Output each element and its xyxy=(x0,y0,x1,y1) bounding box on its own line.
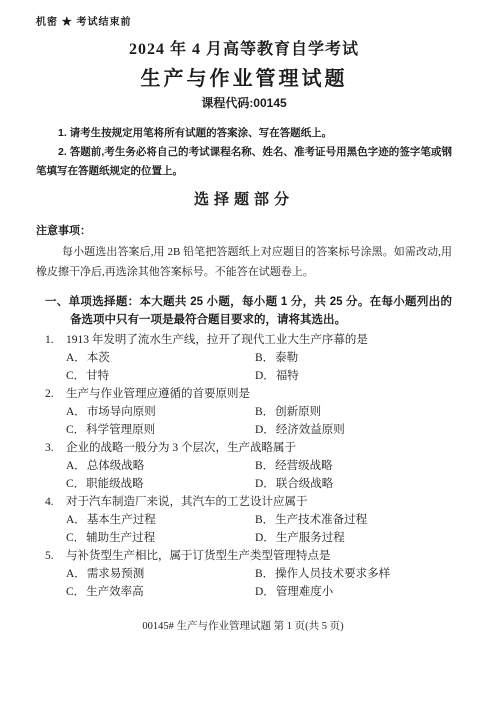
question-number: 5. xyxy=(45,547,66,565)
course-code: 课程代码:00145 xyxy=(36,96,452,111)
option-d: D．福特 xyxy=(255,367,452,385)
option-a: A．总体级战略 xyxy=(66,457,255,475)
option-label: D． xyxy=(255,478,275,490)
question-3-options: A．总体级战略 B．经营级战略 C．职能级战略 D．联合级战略 xyxy=(66,457,452,493)
exam-session-title: 2024 年 4 月高等教育自学考试 xyxy=(36,40,452,60)
option-text: 基本生产过程 xyxy=(87,514,156,526)
option-label: A． xyxy=(66,568,86,580)
option-text: 管理难度小 xyxy=(276,586,334,598)
question-text: 1913 年发明了流水生产线，拉开了现代工业大生产序幕的是 xyxy=(66,331,452,349)
question-4-options: A．基本生产过程 B．生产技术准备过程 C．辅助生产过程 D．生产服务过程 xyxy=(66,511,452,547)
option-b: B．创新原则 xyxy=(255,403,452,421)
option-b: B．生产技术准备过程 xyxy=(255,511,452,529)
option-label: C． xyxy=(66,586,85,598)
instruction-item-1: 1. 请考生按规定用笔将所有试题的答案涂、写在答题纸上。 xyxy=(36,124,452,143)
notes-heading: 注意事项： xyxy=(36,224,452,238)
option-text: 甘特 xyxy=(86,370,109,382)
option-label: C． xyxy=(66,478,85,490)
part-one-heading: 一、单项选择题：本大题共 25 小题，每小题 1 分，共 25 分。在每小题列出… xyxy=(36,293,452,329)
question-2: 2.生产与作业管理应遵循的首要原则是 A．市场导向原则 B．创新原则 C．科学管… xyxy=(36,385,452,439)
option-text: 经济效益原则 xyxy=(276,424,345,436)
option-text: 科学管理原则 xyxy=(86,424,155,436)
option-label: B． xyxy=(255,460,274,472)
option-c: C．辅助生产过程 xyxy=(66,529,255,547)
question-3-stem: 3.企业的战略一般分为 3 个层次，生产战略属于 xyxy=(45,439,452,457)
option-a: A．需求易预测 xyxy=(66,565,255,583)
option-text: 总体级战略 xyxy=(87,460,145,472)
option-text: 福特 xyxy=(276,370,299,382)
option-label: B． xyxy=(255,352,274,364)
option-text: 辅助生产过程 xyxy=(86,532,155,544)
option-label: B． xyxy=(255,514,274,526)
section-heading: 选择题部分 xyxy=(36,190,452,209)
option-b: B．经营级战略 xyxy=(255,457,452,475)
question-4: 4.对于汽车制造厂来说，其汽车的工艺设计应属于 A．基本生产过程 B．生产技术准… xyxy=(36,493,452,547)
instruction-item-2: 2. 答题前,考生务必将自己的考试课程名称、姓名、准考证号用黑色字迹的签字笔或钢… xyxy=(36,143,452,181)
question-4-stem: 4.对于汽车制造厂来说，其汽车的工艺设计应属于 xyxy=(45,493,452,511)
option-label: A． xyxy=(66,352,86,364)
question-number: 4. xyxy=(45,493,66,511)
option-text: 生产效率高 xyxy=(86,586,144,598)
option-text: 职能级战略 xyxy=(86,478,144,490)
question-number: 3. xyxy=(45,439,66,457)
option-label: D． xyxy=(255,370,275,382)
question-5: 5.与补货型生产相比，属于订货型生产类型管理特点是 A．需求易预测 B．操作人员… xyxy=(36,547,452,601)
option-label: B． xyxy=(255,406,274,418)
classification-banner: 机密 ★ 考试结束前 xyxy=(36,16,452,29)
paper-title: 生产与作业管理试题 xyxy=(36,67,452,91)
option-a: A．市场导向原则 xyxy=(66,403,255,421)
option-a: A．基本生产过程 xyxy=(66,511,255,529)
option-label: C． xyxy=(66,370,85,382)
option-a: A．本茨 xyxy=(66,349,255,367)
question-2-stem: 2.生产与作业管理应遵循的首要原则是 xyxy=(45,385,452,403)
option-label: D． xyxy=(255,586,275,598)
option-b: B．泰勒 xyxy=(255,349,452,367)
question-3: 3.企业的战略一般分为 3 个层次，生产战略属于 A．总体级战略 B．经营级战略… xyxy=(36,439,452,493)
question-1: 1.1913 年发明了流水生产线，拉开了现代工业大生产序幕的是 A．本茨 B．泰… xyxy=(36,331,452,385)
option-text: 生产技术准备过程 xyxy=(275,514,367,526)
question-5-options: A．需求易预测 B．操作人员技术要求多样 C．生产效率高 D．管理难度小 xyxy=(66,565,452,601)
notes-body: 每小题选出答案后,用 2B 铅笔把答题纸上对应题目的答案标号涂黑。如需改动,用橡… xyxy=(36,243,452,282)
option-label: C． xyxy=(66,424,85,436)
option-label: D． xyxy=(255,424,275,436)
option-d: D．管理难度小 xyxy=(255,583,452,601)
question-number: 1. xyxy=(45,331,66,349)
option-d: D．生产服务过程 xyxy=(255,529,452,547)
question-text: 与补货型生产相比，属于订货型生产类型管理特点是 xyxy=(66,547,452,565)
option-text: 创新原则 xyxy=(275,406,321,418)
general-instructions: 1. 请考生按规定用笔将所有试题的答案涂、写在答题纸上。 2. 答题前,考生务必… xyxy=(36,124,452,181)
exam-paper-page: 机密 ★ 考试结束前 2024 年 4 月高等教育自学考试 生产与作业管理试题 … xyxy=(0,0,486,703)
option-label: C． xyxy=(66,532,85,544)
option-text: 泰勒 xyxy=(275,352,298,364)
option-c: C．甘特 xyxy=(66,367,255,385)
question-5-stem: 5.与补货型生产相比，属于订货型生产类型管理特点是 xyxy=(45,547,452,565)
question-text: 生产与作业管理应遵循的首要原则是 xyxy=(66,385,452,403)
option-text: 市场导向原则 xyxy=(87,406,156,418)
option-d: D．经济效益原则 xyxy=(255,421,452,439)
question-1-options: A．本茨 B．泰勒 C．甘特 D．福特 xyxy=(66,349,452,385)
question-list: 1.1913 年发明了流水生产线，拉开了现代工业大生产序幕的是 A．本茨 B．泰… xyxy=(36,331,452,601)
option-text: 需求易预测 xyxy=(87,568,145,580)
option-text: 经营级战略 xyxy=(275,460,333,472)
question-text: 对于汽车制造厂来说，其汽车的工艺设计应属于 xyxy=(66,493,452,511)
option-text: 联合级战略 xyxy=(276,478,334,490)
question-2-options: A．市场导向原则 B．创新原则 C．科学管理原则 D．经济效益原则 xyxy=(66,403,452,439)
page-footer: 00145# 生产与作业管理试题 第 1 页(共 5 页) xyxy=(0,619,486,634)
option-label: A． xyxy=(66,460,86,472)
option-label: A． xyxy=(66,406,86,418)
question-number: 2. xyxy=(45,385,66,403)
option-text: 本茨 xyxy=(87,352,110,364)
option-d: D．联合级战略 xyxy=(255,475,452,493)
option-label: B． xyxy=(255,568,274,580)
option-label: D． xyxy=(255,532,275,544)
question-text: 企业的战略一般分为 3 个层次，生产战略属于 xyxy=(66,439,452,457)
option-label: A． xyxy=(66,514,86,526)
option-c: C．职能级战略 xyxy=(66,475,255,493)
option-c: C．生产效率高 xyxy=(66,583,255,601)
option-b: B．操作人员技术要求多样 xyxy=(255,565,452,583)
option-text: 生产服务过程 xyxy=(276,532,345,544)
option-c: C．科学管理原则 xyxy=(66,421,255,439)
question-1-stem: 1.1913 年发明了流水生产线，拉开了现代工业大生产序幕的是 xyxy=(45,331,452,349)
option-text: 操作人员技术要求多样 xyxy=(275,568,390,580)
